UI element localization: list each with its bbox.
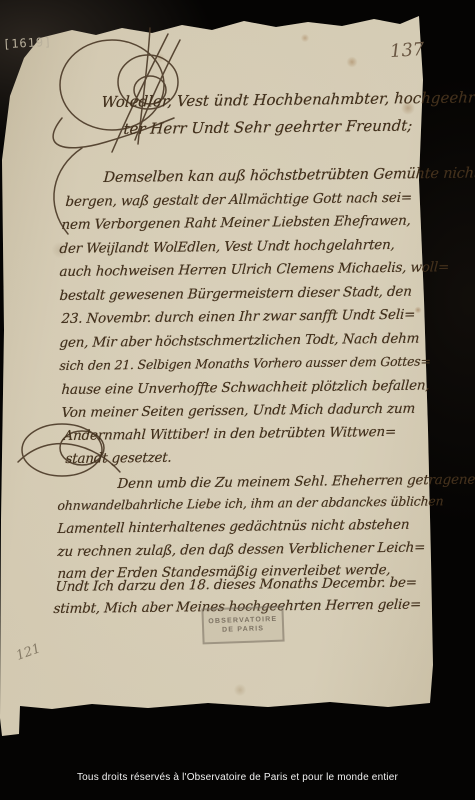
copyright-caption: Tous droits réservés à l'Observatoire de… xyxy=(0,772,475,783)
library-stamp: OBSERVATOIRE DE PARIS xyxy=(201,606,284,645)
folio-number: 137 xyxy=(389,39,425,62)
manuscript-line: Demselben kan auß höchstbetrübten Gemüht… xyxy=(103,165,475,186)
manuscript-heading-line: ter Herr Undt Sehr geehrter Freundt; xyxy=(123,116,413,138)
archive-year-label: [1619] xyxy=(3,35,53,52)
stamp-text-line2: DE PARIS xyxy=(222,624,264,634)
manuscript-scan: [1619] 137 121 Woledler, Vest ündt Hochb… xyxy=(0,0,475,800)
manuscript-line: standt gesetzet. xyxy=(65,450,172,467)
